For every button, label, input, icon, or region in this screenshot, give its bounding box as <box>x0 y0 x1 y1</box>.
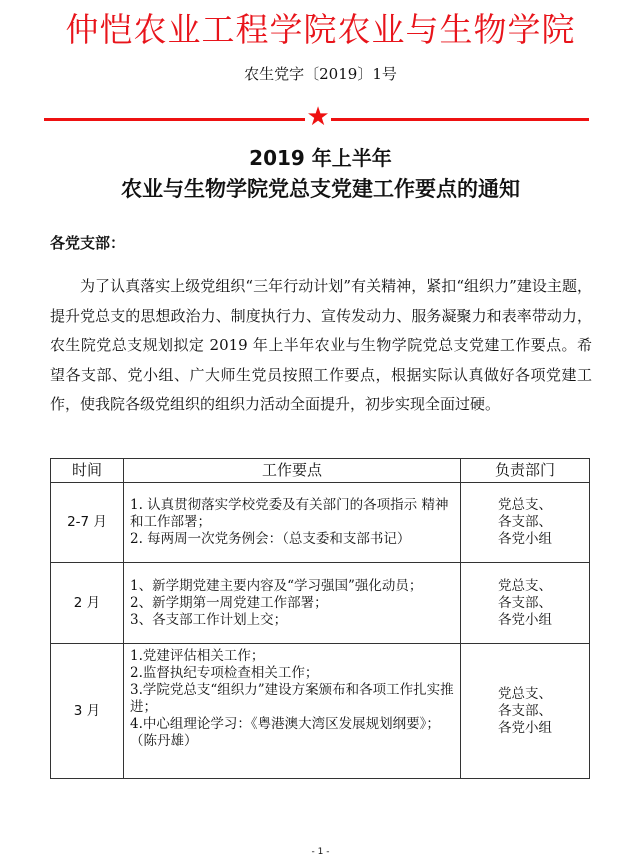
dept-item: 党总支、 <box>498 578 552 595</box>
point-item: 4.中心组理论学习：《粤港澳大湾区发展规划纲要》；（陈丹雄） <box>130 716 454 750</box>
row-points: 1、新学期党建主要内容及“学习强国”强化动员； 2、新学期第一周党建工作部署； … <box>124 563 461 644</box>
row-time: 3 月 <box>51 644 124 779</box>
dept-item: 各党小组 <box>498 720 552 737</box>
salutation: 各党支部： <box>50 232 125 254</box>
table-header-row: 时间 工作要点 负责部门 <box>51 459 590 483</box>
dept-item: 各支部、 <box>498 595 552 612</box>
document-number: 农生党字〔2019〕1号 <box>0 64 641 84</box>
header-points: 工作要点 <box>124 459 461 483</box>
work-plan-table: 时间 工作要点 负责部门 2-7 月 1. 认真贯彻落实学校党委及有关部门的各项… <box>50 458 590 779</box>
point-item: 1.党建评估相关工作； <box>130 648 454 665</box>
header-dept: 负责部门 <box>461 459 590 483</box>
table-row: 2 月 1、新学期党建主要内容及“学习强国”强化动员； 2、新学期第一周党建工作… <box>51 563 590 644</box>
point-item: 2.监督执纪专项检查相关工作； <box>130 665 454 682</box>
dept-item: 各支部、 <box>498 514 552 531</box>
row-dept: 党总支、 各支部、 各党小组 <box>461 483 590 563</box>
point-item: 1、新学期党建主要内容及“学习强国”强化动员； <box>130 578 454 595</box>
row-time: 2 月 <box>51 563 124 644</box>
dept-item: 党总支、 <box>498 497 552 514</box>
point-item: 3、各支部工作计划上交； <box>130 612 454 629</box>
row-time: 2-7 月 <box>51 483 124 563</box>
notice-title-line2: 农业与生物学院党总支党建工作要点的通知 <box>0 175 641 203</box>
point-item: 1. 认真贯彻落实学校党委及有关部门的各项指示 精神和工作部署； <box>130 497 454 531</box>
table-row: 2-7 月 1. 认真贯彻落实学校党委及有关部门的各项指示 精神和工作部署； 2… <box>51 483 590 563</box>
point-item: 3.学院党总支“组织力”建设方案颁布和各项工作扎实推进； <box>130 682 454 716</box>
point-item: 2. 每两周一次党务例会：（总支委和支部书记） <box>130 531 454 548</box>
divider-line-left <box>44 118 305 121</box>
divider-line-right <box>331 118 589 121</box>
row-points: 1.党建评估相关工作； 2.监督执纪专项检查相关工作； 3.学院党总支“组织力”… <box>124 644 461 779</box>
table-row: 3 月 1.党建评估相关工作； 2.监督执纪专项检查相关工作； 3.学院党总支“… <box>51 644 590 779</box>
header-time: 时间 <box>51 459 124 483</box>
row-points: 1. 认真贯彻落实学校党委及有关部门的各项指示 精神和工作部署； 2. 每两周一… <box>124 483 461 563</box>
dept-item: 党总支、 <box>498 686 552 703</box>
organization-title: 仲恺农业工程学院农业与生物学院 <box>0 8 641 52</box>
row-dept: 党总支、 各支部、 各党小组 <box>461 644 590 779</box>
dept-item: 各党小组 <box>498 612 552 629</box>
page-number: - 1 - <box>0 847 641 857</box>
dept-item: 各支部、 <box>498 703 552 720</box>
point-item: 2、新学期第一周党建工作部署； <box>130 595 454 612</box>
body-paragraph: 为了认真落实上级党组织“三年行动计划”有关精神，紧扣“组织力”建设主题，提升党总… <box>50 272 592 420</box>
notice-title-line1: 2019 年上半年 <box>0 145 641 171</box>
row-dept: 党总支、 各支部、 各党小组 <box>461 563 590 644</box>
star-icon: ★ <box>305 104 331 130</box>
dept-item: 各党小组 <box>498 531 552 548</box>
